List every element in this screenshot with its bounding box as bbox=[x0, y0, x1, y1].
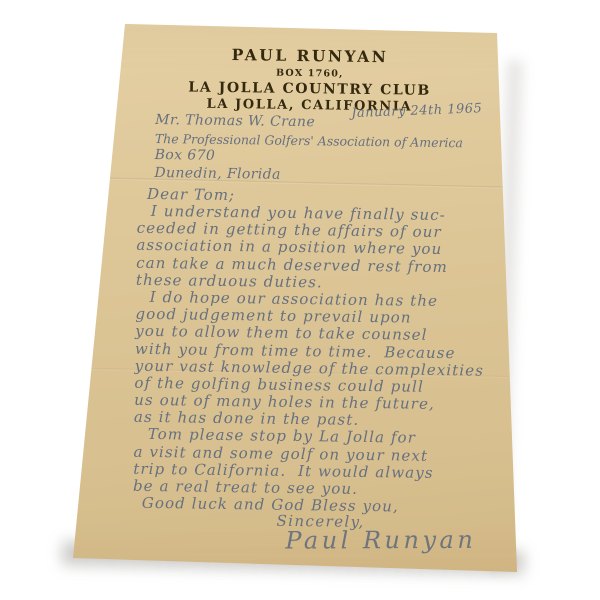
letter-body: I understand you have finally suc- ceede… bbox=[133, 203, 486, 500]
recipient-address: Mr. Thomas W. Crane The Professional Gol… bbox=[154, 112, 463, 186]
signature: Paul Runyan bbox=[285, 526, 476, 555]
photo-canvas: PAUL RUNYAN BOX 1760, LA JOLLA COUNTRY C… bbox=[0, 0, 600, 600]
letterhead-name: PAUL RUNYAN bbox=[160, 44, 460, 67]
recipient-line: Dunedin, Florida bbox=[154, 164, 462, 186]
